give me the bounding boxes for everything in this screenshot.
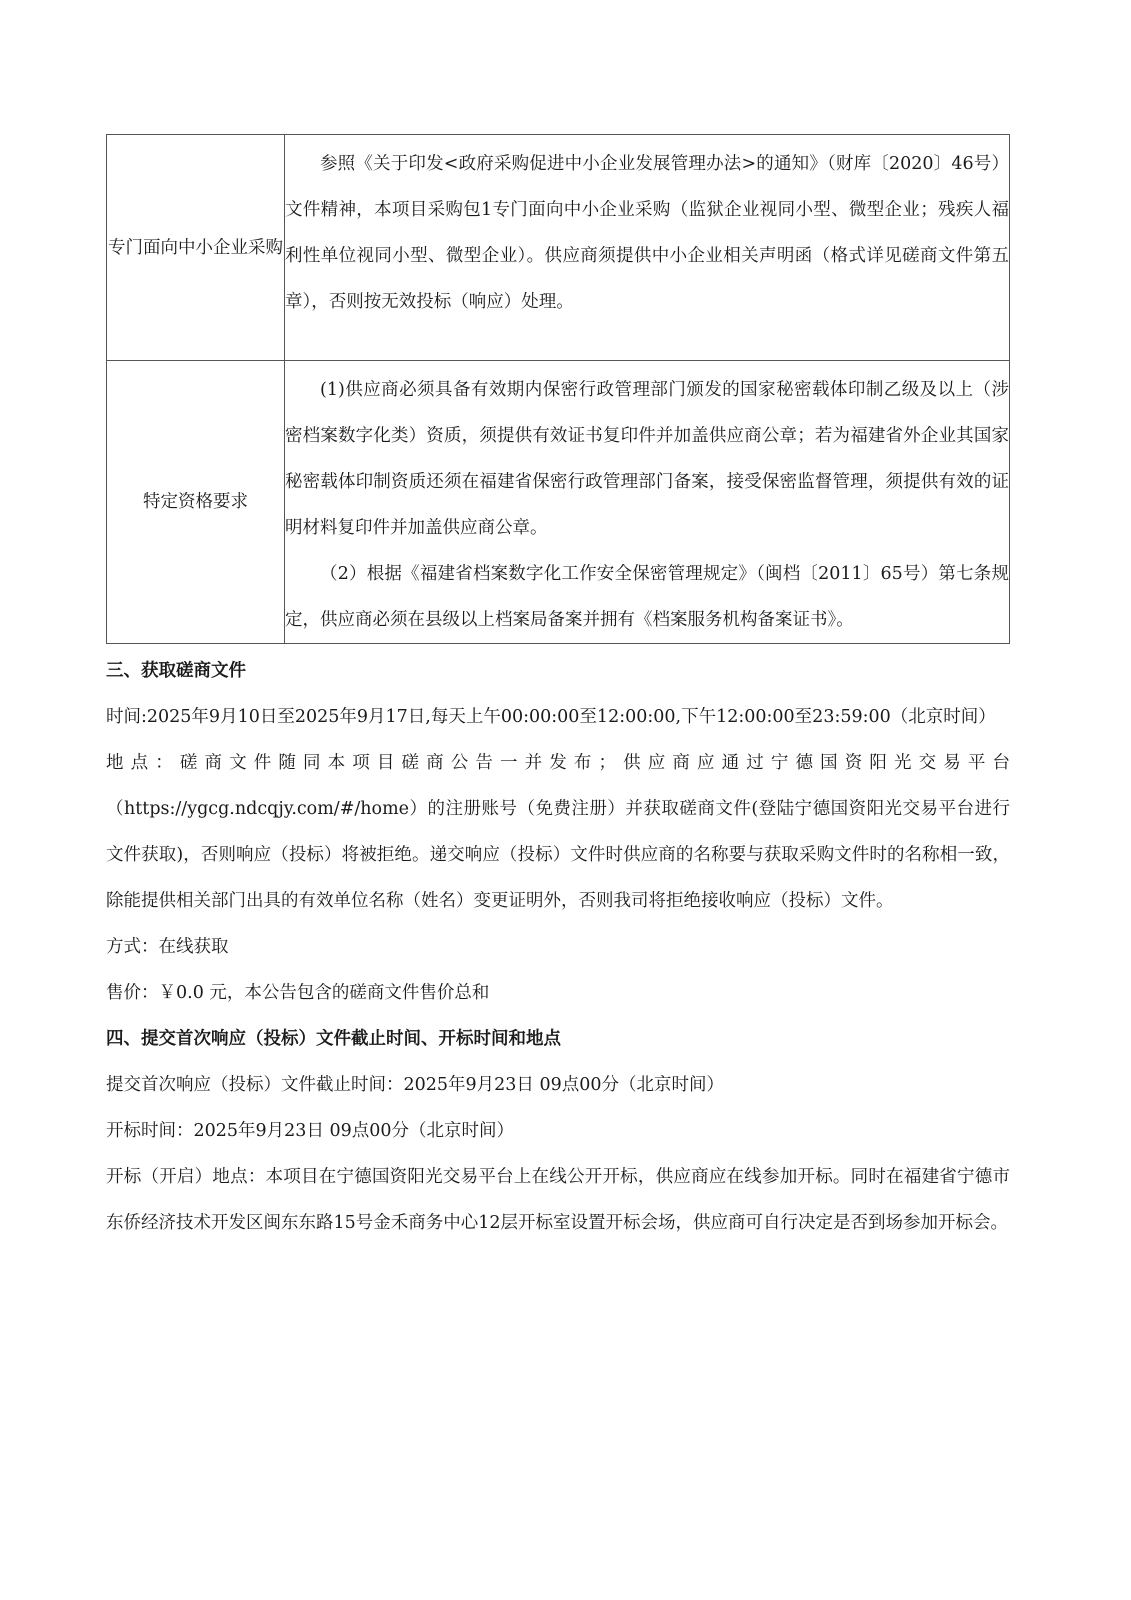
- requirements-table: 专门面向中小企业采购 参照《关于印发<政府采购促进中小企业发展管理办法>的通知》…: [106, 134, 1010, 644]
- row-label: 专门面向中小企业采购: [107, 135, 285, 361]
- section-heading: 四、提交首次响应（投标）文件截止时间、开标时间和地点: [106, 1016, 1010, 1062]
- row-content: 参照《关于印发<政府采购促进中小企业发展管理办法>的通知》（财库〔2020〕46…: [285, 135, 1010, 361]
- obtain-location: 地点：磋商文件随同本项目磋商公告一并发布；供应商应通过宁德国资阳光交易平台（ht…: [106, 740, 1010, 924]
- qualification-paragraph-2: （2）根据《福建省档案数字化工作安全保密管理规定》（闽档〔2011〕65号）第七…: [285, 551, 1009, 643]
- obtain-method: 方式：在线获取: [106, 924, 1010, 970]
- sme-paragraph: 参照《关于印发<政府采购促进中小企业发展管理办法>的通知》（财库〔2020〕46…: [285, 141, 1009, 325]
- section-heading: 三、获取磋商文件: [106, 648, 1010, 694]
- document-page: 专门面向中小企业采购 参照《关于印发<政府采购促进中小企业发展管理办法>的通知》…: [106, 134, 1010, 1246]
- row-label: 特定资格要求: [107, 361, 285, 644]
- table-row-qualification: 特定资格要求 (1)供应商必须具备有效期内保密行政管理部门颁发的国家秘密载体印制…: [107, 361, 1010, 644]
- row-content: (1)供应商必须具备有效期内保密行政管理部门颁发的国家秘密载体印制乙级及以上（涉…: [285, 361, 1010, 644]
- submission-deadline: 提交首次响应（投标）文件截止时间：2025年9月23日 09点00分（北京时间）: [106, 1062, 1010, 1108]
- opening-time: 开标时间：2025年9月23日 09点00分（北京时间）: [106, 1108, 1010, 1154]
- section-submission-opening: 四、提交首次响应（投标）文件截止时间、开标时间和地点 提交首次响应（投标）文件截…: [106, 1016, 1010, 1246]
- table-row-sme-procurement: 专门面向中小企业采购 参照《关于印发<政府采购促进中小企业发展管理办法>的通知》…: [107, 135, 1010, 361]
- qualification-paragraph-1: (1)供应商必须具备有效期内保密行政管理部门颁发的国家秘密载体印制乙级及以上（涉…: [285, 367, 1009, 551]
- section-obtain-documents: 三、获取磋商文件 时间:2025年9月10日至2025年9月17日,每天上午00…: [106, 648, 1010, 1016]
- opening-location: 开标（开启）地点：本项目在宁德国资阳光交易平台上在线公开开标，供应商应在线参加开…: [106, 1154, 1010, 1246]
- document-price: 售价：￥0.0 元，本公告包含的磋商文件售价总和: [106, 970, 1010, 1016]
- obtain-time: 时间:2025年9月10日至2025年9月17日,每天上午00:00:00至12…: [106, 694, 1010, 740]
